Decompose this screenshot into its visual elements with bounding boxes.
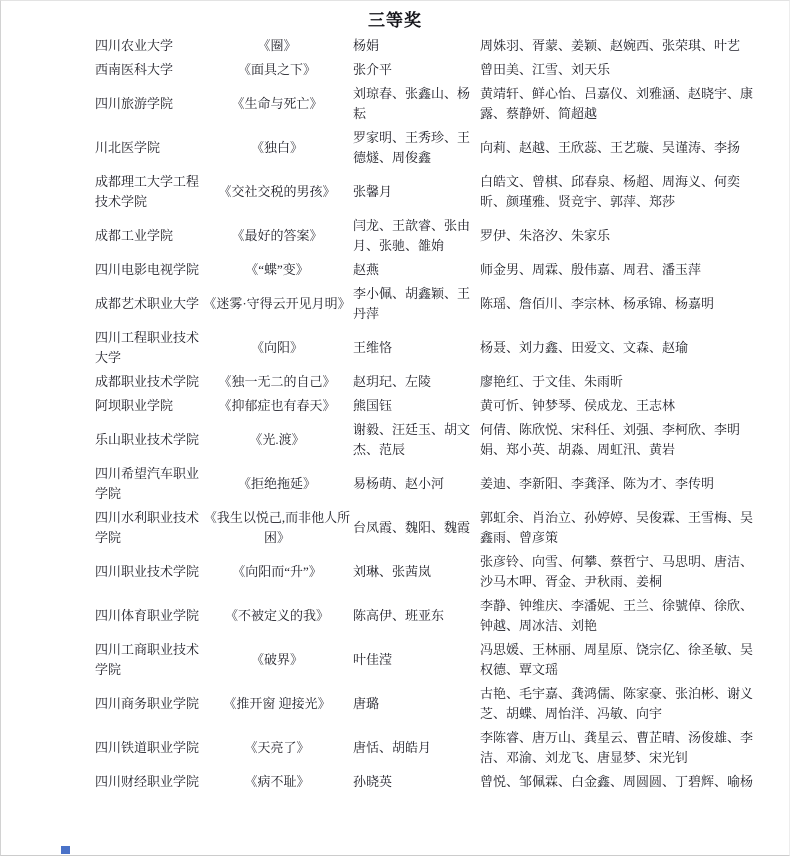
- authors-cell: 唐恬、胡皓月: [353, 726, 480, 770]
- members-cell: 罗伊、朱洛汐、朱家乐: [480, 214, 757, 258]
- school-cell: 四川工程职业技术大学: [95, 326, 201, 370]
- table-row: 四川商务职业学院《推开窗 迎接光》唐璐古艳、毛宇嘉、龚鸿儒、陈家豪、张泊彬、谢义…: [95, 682, 757, 726]
- authors-cell: 刘琼春、张鑫山、杨耘: [353, 82, 480, 126]
- members-cell: 姜迪、李新阳、李龚泽、陈为才、李传明: [480, 462, 757, 506]
- authors-cell: 王维恪: [353, 326, 480, 370]
- table-row: 四川旅游学院《生命与死亡》刘琼春、张鑫山、杨耘黄靖轩、鲜心怡、吕嘉仪、刘雅涵、赵…: [95, 82, 757, 126]
- work-cell: 《交社交税的男孩》: [201, 170, 353, 214]
- authors-cell: 叶佳滢: [353, 638, 480, 682]
- work-cell: 《面具之下》: [201, 58, 353, 82]
- work-cell: 《我生以悦己,而非他人所困》: [201, 506, 353, 550]
- school-cell: 四川财经职业学院: [95, 770, 201, 794]
- table-row: 四川水利职业技术学院《我生以悦己,而非他人所困》台凤霞、魏阳、魏霞郭虹余、肖治立…: [95, 506, 757, 550]
- page-title: 三等奖: [1, 6, 789, 31]
- work-cell: 《圈》: [201, 34, 353, 58]
- table-row: 成都艺术职业大学《迷雾·守得云开见月明》李小佩、胡鑫颖、王丹萍陈瑶、詹佰川、李宗…: [95, 282, 757, 326]
- table-row: 乐山职业技术学院《光.渡》谢毅、汪廷玉、胡文杰、范辰何倩、陈欣悦、宋科任、刘强、…: [95, 418, 757, 462]
- work-cell: 《向阳而“升”》: [201, 550, 353, 594]
- table-row: 四川工商职业技术学院《破界》叶佳滢冯思媛、王林丽、周星原、饶宗亿、徐圣敏、吴权德…: [95, 638, 757, 682]
- work-cell: 《向阳》: [201, 326, 353, 370]
- members-cell: 周姝羽、胥蒙、姜颖、赵婉西、张荣琪、叶艺: [480, 34, 757, 58]
- members-cell: 郭虹余、肖治立、孙婷婷、吴俊霖、王雪梅、吴鑫雨、曾彦策: [480, 506, 757, 550]
- school-cell: 四川商务职业学院: [95, 682, 201, 726]
- members-cell: 何倩、陈欣悦、宋科任、刘强、李柯欣、李明娟、郑小英、胡淼、周虹汛、黄岩: [480, 418, 757, 462]
- members-cell: 向莉、赵越、王欣蕊、王艺璇、吴谨涛、李扬: [480, 126, 757, 170]
- work-cell: 《拒绝拖延》: [201, 462, 353, 506]
- table-row: 四川工程职业技术大学《向阳》王维恪杨聂、刘力鑫、田爱文、文森、赵瑜: [95, 326, 757, 370]
- authors-cell: 张介平: [353, 58, 480, 82]
- school-cell: 四川工商职业技术学院: [95, 638, 201, 682]
- authors-cell: 谢毅、汪廷玉、胡文杰、范辰: [353, 418, 480, 462]
- work-cell: 《病不耻》: [201, 770, 353, 794]
- school-cell: 成都理工大学工程技术学院: [95, 170, 201, 214]
- table-row: 四川农业大学《圈》杨娟周姝羽、胥蒙、姜颖、赵婉西、张荣琪、叶艺: [95, 34, 757, 58]
- document-page: { "page": { "title": "三等奖", "text_color"…: [0, 0, 790, 856]
- authors-cell: 赵玥玘、左陵: [353, 370, 480, 394]
- work-cell: 《迷雾·守得云开见月明》: [201, 282, 353, 326]
- authors-cell: 熊国钰: [353, 394, 480, 418]
- work-cell: 《最好的答案》: [201, 214, 353, 258]
- members-cell: 李陈睿、唐万山、龚星云、曹芷晴、汤俊雄、李洁、邓渝、刘龙飞、唐显梦、宋光钊: [480, 726, 757, 770]
- authors-cell: 易杨萌、赵小河: [353, 462, 480, 506]
- work-cell: 《破界》: [201, 638, 353, 682]
- table-row: 成都工业学院《最好的答案》闫龙、王歆睿、张由月、张驰、雒姢罗伊、朱洛汐、朱家乐: [95, 214, 757, 258]
- authors-cell: 刘琳、张茜岚: [353, 550, 480, 594]
- members-cell: 李静、钟维庆、李潘妮、王兰、徐號倬、徐欣、钟越、周冰洁、刘艳: [480, 594, 757, 638]
- table-row: 四川铁道职业学院《天亮了》唐恬、胡皓月李陈睿、唐万山、龚星云、曹芷晴、汤俊雄、李…: [95, 726, 757, 770]
- authors-cell: 陈高伊、班亚东: [353, 594, 480, 638]
- members-cell: 冯思媛、王林丽、周星原、饶宗亿、徐圣敏、吴权德、覃文瑶: [480, 638, 757, 682]
- work-cell: 《“蝶”变》: [201, 258, 353, 282]
- work-cell: 《不被定义的我》: [201, 594, 353, 638]
- members-cell: 廖艳红、于文佳、朱雨昕: [480, 370, 757, 394]
- members-cell: 白皓文、曾棋、邱春泉、杨超、周海义、何奕昕、颜瑾雅、贤竞宇、郭萍、郑莎: [480, 170, 757, 214]
- work-cell: 《天亮了》: [201, 726, 353, 770]
- authors-cell: 台凤霞、魏阳、魏霞: [353, 506, 480, 550]
- page-corner-marker-icon: [61, 846, 70, 854]
- school-cell: 成都职业技术学院: [95, 370, 201, 394]
- table-row: 四川希望汽车职业学院《拒绝拖延》易杨萌、赵小河姜迪、李新阳、李龚泽、陈为才、李传…: [95, 462, 757, 506]
- school-cell: 乐山职业技术学院: [95, 418, 201, 462]
- authors-cell: 李小佩、胡鑫颖、王丹萍: [353, 282, 480, 326]
- school-cell: 四川铁道职业学院: [95, 726, 201, 770]
- table-row: 成都理工大学工程技术学院《交社交税的男孩》张馨月白皓文、曾棋、邱春泉、杨超、周海…: [95, 170, 757, 214]
- awards-table-body: 四川农业大学《圈》杨娟周姝羽、胥蒙、姜颖、赵婉西、张荣琪、叶艺西南医科大学《面具…: [95, 34, 757, 794]
- members-cell: 古艳、毛宇嘉、龚鸿儒、陈家豪、张泊彬、谢义芝、胡蝶、周怡洋、冯敏、向宇: [480, 682, 757, 726]
- school-cell: 成都工业学院: [95, 214, 201, 258]
- school-cell: 西南医科大学: [95, 58, 201, 82]
- authors-cell: 张馨月: [353, 170, 480, 214]
- school-cell: 四川职业技术学院: [95, 550, 201, 594]
- school-cell: 四川农业大学: [95, 34, 201, 58]
- members-cell: 师金男、周霖、殷伟嘉、周君、潘玉萍: [480, 258, 757, 282]
- authors-cell: 闫龙、王歆睿、张由月、张驰、雒姢: [353, 214, 480, 258]
- table-row: 西南医科大学《面具之下》张介平曾田美、江雪、刘天乐: [95, 58, 757, 82]
- table-row: 四川体育职业学院《不被定义的我》陈高伊、班亚东李静、钟维庆、李潘妮、王兰、徐號倬…: [95, 594, 757, 638]
- school-cell: 四川电影电视学院: [95, 258, 201, 282]
- school-cell: 成都艺术职业大学: [95, 282, 201, 326]
- awards-table: 四川农业大学《圈》杨娟周姝羽、胥蒙、姜颖、赵婉西、张荣琪、叶艺西南医科大学《面具…: [95, 34, 757, 794]
- members-cell: 陈瑶、詹佰川、李宗林、杨承锦、杨嘉明: [480, 282, 757, 326]
- members-cell: 曾悦、邹佩霖、白金鑫、周圆圆、丁碧辉、喻杨: [480, 770, 757, 794]
- table-row: 成都职业技术学院《独一无二的自己》赵玥玘、左陵廖艳红、于文佳、朱雨昕: [95, 370, 757, 394]
- authors-cell: 唐璐: [353, 682, 480, 726]
- table-row: 四川电影电视学院《“蝶”变》赵燕师金男、周霖、殷伟嘉、周君、潘玉萍: [95, 258, 757, 282]
- school-cell: 川北医学院: [95, 126, 201, 170]
- work-cell: 《抑郁症也有春天》: [201, 394, 353, 418]
- work-cell: 《独白》: [201, 126, 353, 170]
- authors-cell: 杨娟: [353, 34, 480, 58]
- authors-cell: 罗家明、王秀珍、王德燧、周俊鑫: [353, 126, 480, 170]
- members-cell: 黄可忻、钟梦琴、侯成龙、王志林: [480, 394, 757, 418]
- work-cell: 《推开窗 迎接光》: [201, 682, 353, 726]
- work-cell: 《独一无二的自己》: [201, 370, 353, 394]
- school-cell: 四川旅游学院: [95, 82, 201, 126]
- table-row: 川北医学院《独白》罗家明、王秀珍、王德燧、周俊鑫向莉、赵越、王欣蕊、王艺璇、吴谨…: [95, 126, 757, 170]
- work-cell: 《生命与死亡》: [201, 82, 353, 126]
- table-row: 阿坝职业学院《抑郁症也有春天》熊国钰黄可忻、钟梦琴、侯成龙、王志林: [95, 394, 757, 418]
- members-cell: 曾田美、江雪、刘天乐: [480, 58, 757, 82]
- authors-cell: 孙晓英: [353, 770, 480, 794]
- members-cell: 黄靖轩、鲜心怡、吕嘉仪、刘雅涵、赵晓宇、康露、蔡静妍、简超越: [480, 82, 757, 126]
- members-cell: 杨聂、刘力鑫、田爱文、文森、赵瑜: [480, 326, 757, 370]
- school-cell: 四川体育职业学院: [95, 594, 201, 638]
- table-row: 四川财经职业学院《病不耻》孙晓英曾悦、邹佩霖、白金鑫、周圆圆、丁碧辉、喻杨: [95, 770, 757, 794]
- authors-cell: 赵燕: [353, 258, 480, 282]
- school-cell: 四川水利职业技术学院: [95, 506, 201, 550]
- members-cell: 张彦铃、向雪、何攀、蔡哲宁、马思明、唐洁、沙马木呷、胥金、尹秋雨、姜桐: [480, 550, 757, 594]
- school-cell: 阿坝职业学院: [95, 394, 201, 418]
- school-cell: 四川希望汽车职业学院: [95, 462, 201, 506]
- work-cell: 《光.渡》: [201, 418, 353, 462]
- table-row: 四川职业技术学院《向阳而“升”》刘琳、张茜岚张彦铃、向雪、何攀、蔡哲宁、马思明、…: [95, 550, 757, 594]
